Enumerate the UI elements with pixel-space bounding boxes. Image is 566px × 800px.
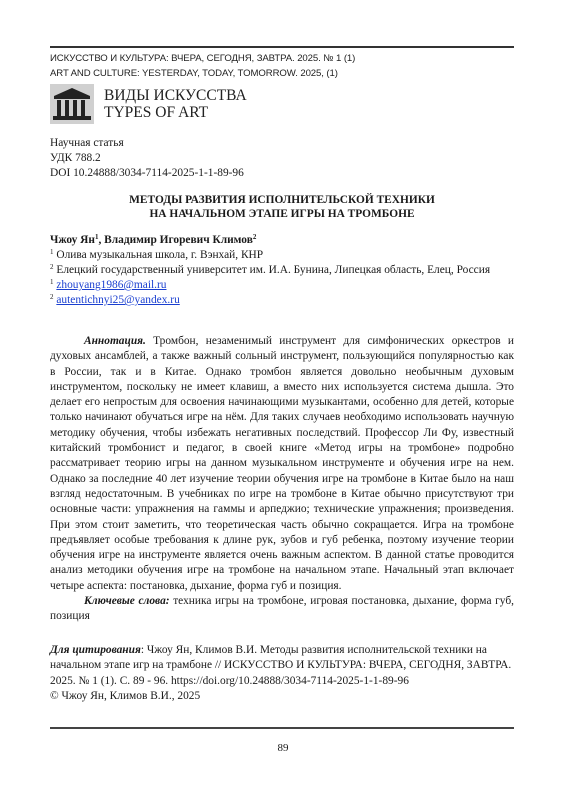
article-type: Научная статья (50, 136, 244, 151)
article-title-line2: НА НАЧАЛЬНОМ ЭТАПЕ ИГРЫ НА ТРОМБОНЕ (50, 207, 514, 221)
doi: DOI 10.24888/3034-7114-2025-1-1-89-96 (50, 166, 244, 181)
page-number: 89 (0, 742, 566, 754)
affiliation-1-sup: 1 (50, 248, 54, 256)
greek-temple-icon (50, 84, 94, 124)
abstract-text: Тромбон, незаменимый инструмент для симф… (50, 335, 514, 592)
affiliation-2-sup: 2 (50, 263, 54, 271)
section-title-ru: ВИДЫ ИСКУССТВА (104, 87, 247, 104)
keywords-label: Ключевые слова: (84, 595, 170, 607)
abstract-block: Аннотация. Тромбон, незаменимый инструме… (50, 334, 514, 625)
bottom-rule (50, 727, 514, 729)
document-page: ИСКУССТВО И КУЛЬТУРА: ВЧЕРА, СЕГОДНЯ, ЗА… (0, 0, 566, 800)
citation-block: Для цитирования: Чжоу Ян, Климов В.И. Ме… (50, 643, 514, 704)
email-1-row: 1 zhouyang1986@mail.ru (50, 278, 516, 293)
author-2: Владимир Игоревич Климов (104, 234, 253, 246)
email-2-row: 2 autentichnyi25@yandex.ru (50, 293, 516, 308)
email-1-sup: 1 (50, 278, 54, 286)
journal-header-ru: ИСКУССТВО И КУЛЬТУРА: ВЧЕРА, СЕГОДНЯ, ЗА… (50, 51, 355, 66)
article-title: МЕТОДЫ РАЗВИТИЯ ИСПОЛНИТЕЛЬСКОЙ ТЕХНИКИ … (50, 193, 514, 221)
citation-label: Для цитирования (50, 644, 141, 656)
section-heading: ВИДЫ ИСКУССТВА TYPES OF ART (50, 84, 247, 124)
email-link-1[interactable]: zhouyang1986@mail.ru (56, 279, 166, 291)
authors-block: Чжоу Ян1, Владимир Игоревич Климов2 1 Ол… (50, 233, 516, 308)
udc-code: УДК 788.2 (50, 151, 244, 166)
affiliation-1-text: Олива музыкальная школа, г. Вэнхай, КНР (56, 249, 263, 261)
email-link-2[interactable]: autentichnyi25@yandex.ru (56, 294, 179, 306)
keywords-paragraph: Ключевые слова: техника игры на тромбоне… (50, 594, 514, 625)
author-1: Чжоу Ян (50, 234, 95, 246)
author-2-sup: 2 (253, 233, 257, 241)
citation-paragraph: Для цитирования: Чжоу Ян, Климов В.И. Ме… (50, 643, 514, 689)
affiliation-2: 2 Елецкий государственный университет им… (50, 263, 516, 278)
author-names: Чжоу Ян1, Владимир Игоревич Климов2 (50, 233, 516, 248)
email-2-sup: 2 (50, 293, 54, 301)
section-title-en: TYPES OF ART (104, 104, 247, 121)
copyright: © Чжоу Ян, Климов В.И., 2025 (50, 689, 514, 704)
affiliation-2-text: Елецкий государственный университет им. … (56, 264, 490, 276)
abstract-label: Аннотация. (84, 335, 146, 347)
top-rule (50, 46, 514, 48)
article-title-line1: МЕТОДЫ РАЗВИТИЯ ИСПОЛНИТЕЛЬСКОЙ ТЕХНИКИ (50, 193, 514, 207)
abstract-paragraph: Аннотация. Тромбон, незаменимый инструме… (50, 334, 514, 594)
article-meta: Научная статья УДК 788.2 DOI 10.24888/30… (50, 136, 244, 181)
affiliation-1: 1 Олива музыкальная школа, г. Вэнхай, КН… (50, 248, 516, 263)
journal-header: ИСКУССТВО И КУЛЬТУРА: ВЧЕРА, СЕГОДНЯ, ЗА… (50, 51, 355, 81)
journal-header-en: ART AND CULTURE: YESTERDAY, TODAY, TOMOR… (50, 66, 355, 81)
